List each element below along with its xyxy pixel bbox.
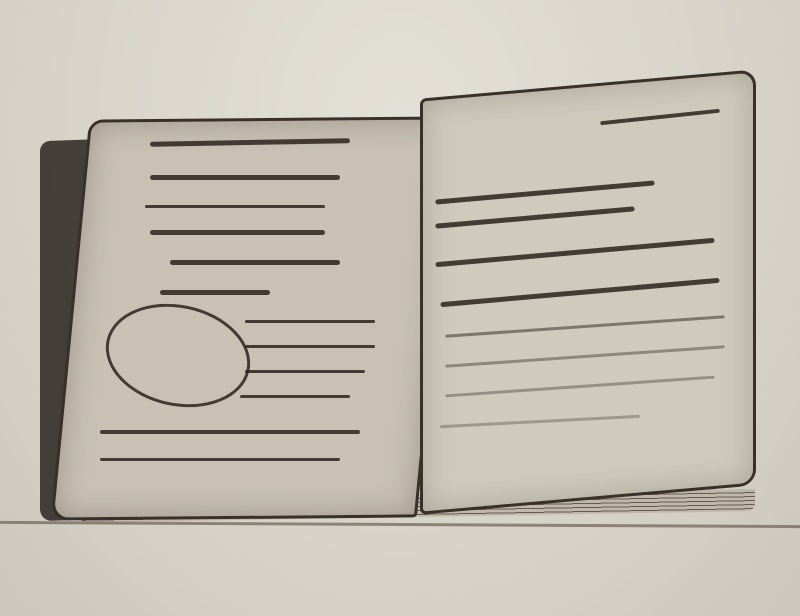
handwriting-line [170, 260, 340, 265]
handwriting-line [150, 230, 325, 235]
handwriting-line [240, 395, 350, 398]
handwriting-line [100, 430, 360, 434]
handwriting-line [100, 458, 340, 461]
handwriting-line [145, 205, 325, 208]
handwriting-line [160, 290, 270, 295]
handwriting-line [150, 175, 340, 180]
handwriting-line [245, 345, 375, 348]
handwriting-line [245, 320, 375, 323]
handwriting-line [245, 370, 365, 373]
